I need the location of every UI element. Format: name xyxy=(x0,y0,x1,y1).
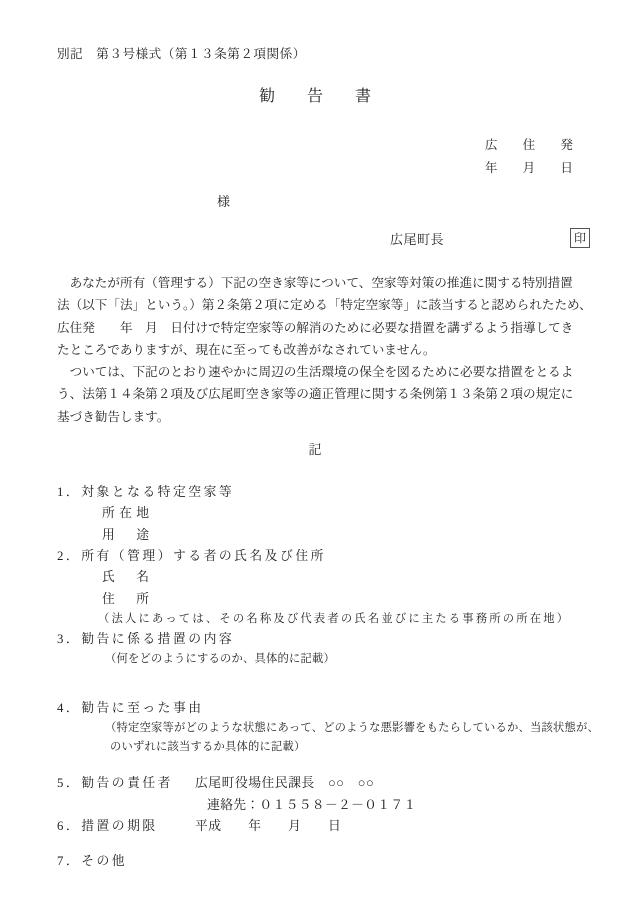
body-line-2: 法（以下「法」という。）第２条第２項に定める「特定空家等」に該当すると認められた… xyxy=(57,294,573,316)
item-7-heading: 7．その他 xyxy=(57,851,573,872)
body-line-6: う、法第１４条第２項及び広尾町空き家等の適正管理に関する条例第１３条第２項の規定… xyxy=(57,383,573,405)
item-1-field-location: 所在地 xyxy=(57,503,573,524)
issue-date-line: 年 月 日 xyxy=(57,157,573,180)
body-text: あなたが所有（管理する）下記の空き家等について、空家等対策の推進に関する特別措置… xyxy=(57,272,573,428)
items-list: 1．対象となる特定空家等 所在地 用 途 2．所有（管理）する者の氏名及び住所 … xyxy=(57,482,573,872)
item-6-deadline: 平成 年 月 日 xyxy=(195,816,341,837)
item-5-responsible-person: 広尾町役場住民課長 ○○ ○○ xyxy=(195,773,374,794)
item-5-heading: 5．勧告の責任者 xyxy=(57,773,195,794)
item-1-field-use: 用 途 xyxy=(57,525,573,546)
record-marker: 記 xyxy=(57,440,573,460)
form-reference: 別記 第３号様式（第１３条第２項関係） xyxy=(57,46,573,62)
item-4-note-line-2: のいずれに該当するか具体的に記載） xyxy=(57,738,573,757)
item-2-field-name: 氏 名 xyxy=(57,567,573,588)
item-4-note-line-1: （特定空家等がどのような状態にあって、どのような悪影響をもたらしているか、当該状… xyxy=(57,719,573,738)
body-line-7: 基づき勧告します。 xyxy=(57,406,573,428)
body-line-5: ついては、下記のとおり速やかに周辺の生活環境の保全を図るために必要な措置をとるよ xyxy=(57,361,573,383)
body-line-1: あなたが所有（管理する）下記の空き家等について、空家等対策の推進に関する特別措置 xyxy=(57,272,573,294)
item-5-contact: 連絡先：０１５５８－２－０１７１ xyxy=(57,795,573,816)
addressee-honorific: 様 xyxy=(217,194,230,209)
item-3-note: （何をどのようにするのか、具体的に記載） xyxy=(57,650,573,669)
item-5-row: 5．勧告の責任者 広尾町役場住民課長 ○○ ○○ xyxy=(57,773,573,794)
seal-stamp: 印 xyxy=(570,228,590,248)
item-6-row: 6．措置の期限 平成 年 月 日 xyxy=(57,816,573,837)
body-line-4: たところでありますが、現在に至っても改善がなされていません。 xyxy=(57,339,573,361)
item-6-heading: 6．措置の期限 xyxy=(57,816,195,837)
document-page: 別記 第３号様式（第１３条第２項関係） 勧 告 書 広 住 発 年 月 日 様 … xyxy=(0,0,630,915)
item-4-heading: 4．勧告に至った事由 xyxy=(57,698,573,719)
issue-meta: 広 住 発 年 月 日 xyxy=(57,134,573,180)
item-3-heading: 3．勧告に係る措置の内容 xyxy=(57,629,573,650)
item-2-field-address: 住 所 xyxy=(57,589,573,610)
issue-number-line: 広 住 発 xyxy=(57,134,573,157)
item-2-heading: 2．所有（管理）する者の氏名及び住所 xyxy=(57,546,573,567)
issuer-line: 広尾町長 印 xyxy=(57,230,573,250)
item-2-note: （法人にあっては、その名称及び代表者の氏名並びに主たる事務所の所在地） xyxy=(57,610,573,629)
issuer-title: 広尾町長 xyxy=(390,232,444,247)
item-1-heading: 1．対象となる特定空家等 xyxy=(57,482,573,503)
body-line-3: 広住発 年 月 日付けで特定空家等の解消のために必要な措置を講ずるよう指導してき xyxy=(57,317,573,339)
document-title: 勧 告 書 xyxy=(57,86,573,108)
addressee-line: 様 xyxy=(57,192,573,212)
